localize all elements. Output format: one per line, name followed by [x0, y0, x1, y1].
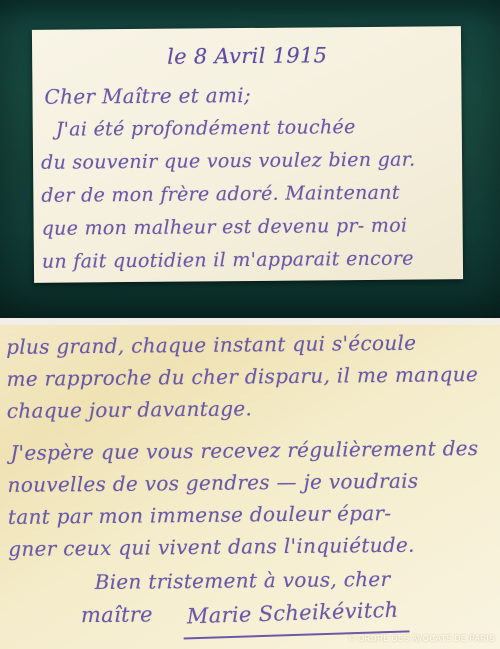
letter-line: nouvelles de vos gendres — je voudrais	[1, 464, 500, 501]
letter-line: tant par mon immense douleur épar-	[2, 496, 500, 533]
card-text-line: que mon malheur est devenu pr- moi	[34, 209, 463, 246]
page-2-text: plus grand, chaque instant qui s'écoule …	[0, 326, 500, 639]
handwritten-card: le 8 Avril 1915 Cher Maître et ami; J'ai…	[32, 26, 463, 283]
letter-line: chaque jour davantage.	[1, 390, 500, 427]
date-line: le 8 Avril 1915	[32, 31, 461, 81]
closing-word: maître	[81, 602, 153, 627]
letter-line: plus grand, chaque instant qui s'écoule	[0, 326, 500, 363]
letter-scan: le 8 Avril 1915 Cher Maître et ami; J'ai…	[0, 0, 500, 649]
section-divider	[0, 318, 500, 325]
card-text-line: du souvenir que vous voulez bien gar.	[33, 143, 462, 180]
card-text-line: der de mon frère adoré. Maintenant	[33, 176, 462, 213]
velvet-mat: le 8 Avril 1915 Cher Maître et ami; J'ai…	[0, 0, 500, 318]
signature-row: maîtreMarie Scheikévitch	[3, 594, 500, 639]
salutation-line: Cher Maître et ami;	[32, 77, 461, 114]
letter-line: gner ceux qui vivent dans l'inquiétude.	[2, 528, 500, 565]
copyright-credit: © ORDRE DES AVOCATS DE PARIS	[349, 634, 495, 643]
closing-line: Bien tristement à vous, cher	[2, 562, 500, 599]
letter-page-2: plus grand, chaque instant qui s'écoule …	[0, 325, 500, 649]
signature: Marie Scheikévitch	[182, 592, 409, 639]
letter-line: J'espère que vous recevez régulièrement …	[1, 432, 500, 469]
card-text-line: J'ai été profondément touchée	[33, 110, 462, 147]
card-text-line: un fait quotidien il m'apparait encore	[34, 242, 463, 279]
letter-line: me rapproche du cher disparu, il me manq…	[0, 358, 500, 395]
